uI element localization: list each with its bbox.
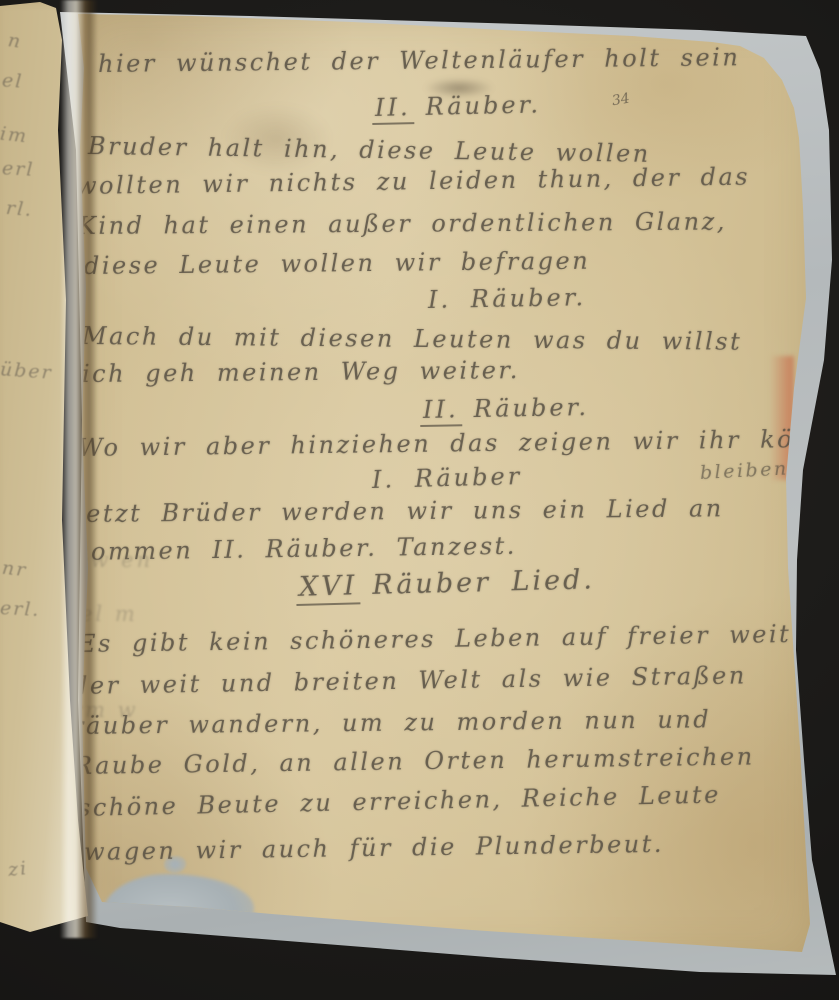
heading-numeral: I. — [372, 465, 396, 494]
heading-numeral: I. — [428, 286, 452, 314]
handwritten-line: hier wünschet der Weltenläufer holt sein — [98, 43, 741, 78]
fragment-text: nr — [1, 557, 28, 582]
heading-title: Räuber — [414, 462, 522, 493]
handwritten-line: wagen wir auch für die Plunderbeut. — [84, 830, 664, 866]
heading-title: Räuber. — [425, 90, 541, 120]
fragment-text: n — [7, 29, 24, 53]
speaker-heading-1st-robber: I. Räuber. — [428, 283, 587, 314]
heading-title: Räuber. — [473, 393, 589, 423]
handwritten-line: diese Leute wollen wir befragen — [84, 247, 590, 280]
heading-title: Räuber Lied. — [372, 564, 595, 601]
speaker-heading-1st-robber: I. Räuber — [372, 462, 523, 494]
handwritten-line: räuber wandern, um zu morden nun und — [72, 705, 711, 740]
handwritten-line: ich geh meinen Weg weiter. — [82, 356, 520, 388]
handwritten-line: Mach du mit diesen Leuten was du willst — [82, 322, 742, 356]
handwritten-line: Jetzt Brüder werden wir uns ein Lied an — [74, 494, 724, 528]
manuscript-page: nw en el m rm w hier wünschet der Welten… — [72, 8, 814, 960]
fragment-text: el — [1, 69, 24, 92]
handwritten-line: Raube Gold, an allen Orten herumstreiche… — [74, 742, 755, 780]
handwritten-line: schöne Beute zu erreichen, Reiche Leute — [78, 781, 721, 822]
heading-numeral: II. — [420, 395, 462, 427]
fragment-text: rl. — [5, 197, 34, 221]
speaker-heading-2nd-robber: II.Räuber. — [420, 393, 589, 424]
handwritten-line: Wo wir aber hinziehen das zeigen wir ihr… — [78, 425, 839, 462]
heading-numeral: II. — [372, 93, 414, 125]
page-number-annotation: 34 — [611, 91, 631, 110]
handwritten-line: Kind hat einen außer ordentlichen Glanz, — [78, 207, 727, 240]
handwritten-line: wollten wir nichts zu leiden thun, der d… — [76, 163, 750, 200]
fragment-text: erl — [1, 157, 35, 181]
handwritten-line: Bruder halt ihn, diese Leute wollen — [88, 132, 651, 168]
handwritten-line: der weit und breiten Welt als wie Straße… — [72, 661, 747, 700]
heading-numeral: XVI — [296, 570, 361, 606]
ink-bleed-through: el m — [80, 602, 138, 626]
fragment-text: im — [0, 123, 29, 148]
heading-title: Räuber. — [470, 283, 586, 313]
song-heading-robber-song: XVIRäuber Lied. — [296, 564, 596, 603]
fragment-text: über — [0, 358, 53, 384]
handwritten-line: kommen II. Räuber. Tanzest. — [74, 532, 517, 566]
speaker-heading-2nd-robber: II.Räuber. — [372, 90, 542, 122]
handwritten-line: Es gibt kein schöneres Leben auf freier … — [78, 620, 792, 658]
marginal-word: bleiben — [699, 457, 789, 484]
fragment-text: erl. — [0, 597, 41, 621]
fragment-text: zi — [7, 857, 29, 881]
